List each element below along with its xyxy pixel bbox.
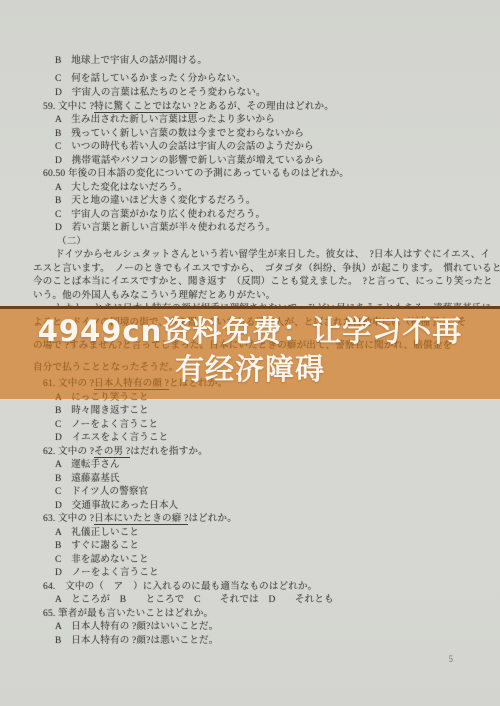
doc-line: 60.50 年後の日本語の変化についての予測にあっているものはどれか。 <box>0 168 500 182</box>
doc-text: A ところが B ところで C それでは D それとも <box>55 595 334 605</box>
doc-text: はだれを指すか。 <box>130 447 208 457</box>
doc-text: （二） <box>57 237 86 247</box>
doc-line: B 遠藤嘉基氏 <box>0 473 500 487</box>
doc-text: D ノーをよく言うこと <box>55 568 159 578</box>
doc-text: 64. 文中の（ ア ）に入れるのに最も適当なものはどれか。 <box>43 582 317 592</box>
doc-line: B 地球上で宇宙人の話が聞ける。 <box>0 55 500 69</box>
doc-text: A 大した変化はないだろう。 <box>55 183 188 193</box>
doc-line: D ノーをよく言うこと <box>0 567 500 581</box>
ad-banner-headline-line1: 4949cn资料免费：让学习不再 <box>0 312 500 350</box>
doc-line: B 時々聞き返すこと <box>0 405 500 419</box>
doc-line: D 若い言葉と新しい言葉が半々使われるだろう。 <box>0 222 500 236</box>
doc-line: D 携帯電話やパソコンの影響で新しい言葉が増えているから <box>0 155 500 169</box>
doc-line: 59. 文中に ?特に驚くことではない ?とあるが、その理由はどれか。 <box>0 101 500 115</box>
doc-line: 65. 筆者が最も言いたいことはどれか。 <box>0 608 500 622</box>
doc-text: C 宇宙人の言葉がかなり広く使われるだろう。 <box>55 210 265 220</box>
doc-text: 62. 文中の ? <box>43 447 94 457</box>
doc-line: B 日本人特有の ?顔?は悪いことだ。 <box>0 635 500 649</box>
doc-text: ドイツからセルシュタットさんという若い留学生が来日した。彼女は、 ?日本人はすぐ… <box>55 250 490 260</box>
doc-line: D イエスをよく言うこと <box>0 432 500 446</box>
doc-line: C 何を話しているかまったく分からない。 <box>0 73 500 87</box>
doc-line: C いつの時代も若い人の会話は宇宙人の会話のようだから <box>0 141 500 155</box>
doc-text: B 天と地の違いほど大きく変化するだろう。 <box>55 196 256 206</box>
doc-text: B 遠藤嘉基氏 <box>55 474 120 484</box>
doc-line: 今のことば本当にイエスですかと、聞き返す （反問）ことも覚えました。 ?と言って… <box>0 276 500 290</box>
doc-text: A 運転手さん <box>55 460 120 470</box>
doc-text: A 礼儀正しいこと <box>55 528 139 538</box>
doc-line: 62. 文中の ?その男 ?はだれを指すか。 <box>0 446 500 460</box>
scanned-exam-page: B 地球上で宇宙人の話が聞ける。C 何を話しているかまったく分からない。D 宇宙… <box>0 0 500 706</box>
doc-text: C 非を認めないこと <box>55 555 149 565</box>
doc-line: A 日本人特有の ?顔?はいいことだ。 <box>0 621 500 635</box>
doc-text: はどれか。 <box>188 514 237 524</box>
doc-text: 63. 文中の ? <box>43 514 94 524</box>
underlined-text: 特に驚くことではない ? <box>94 102 198 113</box>
doc-text: 今のことば本当にイエスですかと、聞き返す （反問）ことも覚えました。 ?と言って… <box>33 277 493 287</box>
doc-line: エスと言います。 ノーのときでもイエスですから、 ゴタゴタ（纠纷、争执）が起こり… <box>0 263 500 277</box>
doc-text: C いつの時代も若い人の会話は宇宙人の会話のようだから <box>55 142 314 152</box>
ad-banner-headline-line2: 有经济障碍 <box>0 350 500 388</box>
doc-line: B 残っていく新しい言葉の数は今までと変わらないから <box>0 128 500 142</box>
doc-text: B すぐに謝ること <box>55 541 139 551</box>
ad-banner-headline: 4949cn资料免费：让学习不再 有经济障碍 <box>0 312 500 388</box>
doc-text: C ノーをよく言うこと <box>55 420 158 430</box>
doc-text: とあるが、その理由はどれか。 <box>198 102 334 112</box>
doc-text: A 日本人特有の ?顔?はいいことだ。 <box>55 622 218 632</box>
doc-line: A にっこり笑うこと <box>0 392 500 406</box>
doc-line: C 宇宙人の言葉がかなり広く使われるだろう。 <box>0 209 500 223</box>
doc-text: A 生み出された新しい言葉は思ったより多いから <box>55 115 275 125</box>
doc-text: 59. 文中に ? <box>43 102 94 112</box>
doc-text: B 日本人特有の ?顔?は悪いことだ。 <box>55 636 218 646</box>
doc-text: A にっこり笑うこと <box>55 393 149 403</box>
doc-text: B 時々聞き返すこと <box>55 406 149 416</box>
doc-line: A 礼儀正しいこと <box>0 527 500 541</box>
doc-line: C 非を認めないこと <box>0 554 500 568</box>
doc-line: B 天と地の違いほど大きく変化するだろう。 <box>0 195 500 209</box>
page-number: 5 <box>449 654 454 664</box>
doc-text: D 交通事故にあった日本人 <box>55 501 178 511</box>
doc-text: B 残っていく新しい言葉の数は今までと変わらないから <box>55 129 304 139</box>
doc-text: 60.50 年後の日本語の変化についての予測にあっているものはどれか。 <box>43 169 349 179</box>
doc-text: C 何を話しているかまったく分からない。 <box>55 74 246 84</box>
doc-text: D イエスをよく言うこと <box>55 433 168 443</box>
doc-line: D 宇宙人の言葉は私たちのとそう変わらない。 <box>0 87 500 101</box>
doc-line: D 交通事故にあった日本人 <box>0 500 500 514</box>
doc-text: D 携帯電話やパソコンの影響で新しい言葉が増えているから <box>55 156 324 166</box>
doc-text: 65. 筆者が最も言いたいことはどれか。 <box>43 609 213 619</box>
doc-line: A 運転手さん <box>0 459 500 473</box>
doc-line: A ところが B ところで C それでは D それとも <box>0 594 500 608</box>
doc-line: 63. 文中の ?日本にいたときの癖 ?はどれか。 <box>0 513 500 527</box>
doc-line: A 生み出された新しい言葉は思ったより多いから <box>0 114 500 128</box>
doc-text: C ドイツ人の警察官 <box>55 487 148 497</box>
doc-line: いう。他の外国人もみなこういう理解だとありがたい。 <box>0 290 500 304</box>
underlined-text: 日本にいたときの癖 ? <box>94 514 188 525</box>
doc-line: A 大した変化はないだろう。 <box>0 182 500 196</box>
doc-line: ドイツからセルシュタットさんという若い留学生が来日した。彼女は、 ?日本人はすぐ… <box>0 249 500 263</box>
doc-line: C ノーをよく言うこと <box>0 419 500 433</box>
doc-text: いう。他の外国人もみなこういう理解だとありがたい。 <box>33 291 276 301</box>
doc-text: D 若い言葉と新しい言葉が半々使われるだろう。 <box>55 223 275 233</box>
doc-text: D 宇宙人の言葉は私たちのとそう変わらない。 <box>55 88 266 98</box>
doc-line: C ドイツ人の警察官 <box>0 486 500 500</box>
doc-line: （二） <box>0 236 500 250</box>
doc-text: エスと言います。 ノーのときでもイエスですから、 ゴタゴタ（纠纷、争执）が起こり… <box>33 264 500 274</box>
doc-text: B 地球上で宇宙人の話が聞ける。 <box>55 56 207 66</box>
doc-line: 64. 文中の（ ア ）に入れるのに最も適当なものはどれか。 <box>0 581 500 595</box>
doc-line: B すぐに謝ること <box>0 540 500 554</box>
underlined-text: その男 ? <box>94 447 130 458</box>
